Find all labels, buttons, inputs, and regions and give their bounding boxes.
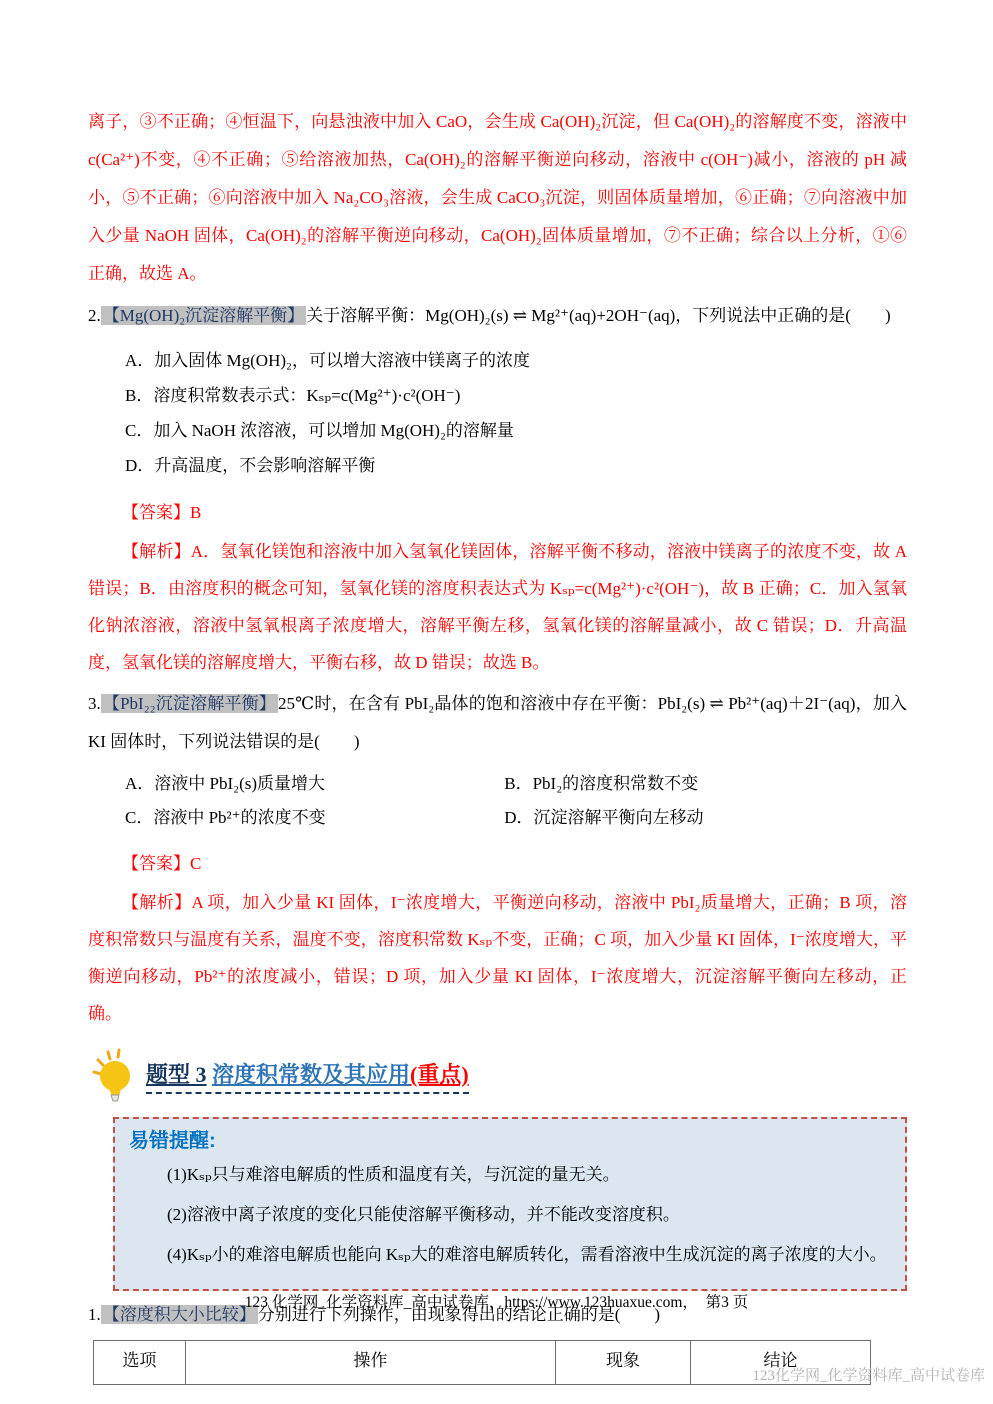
topic-number: 题型 3 [146,1062,207,1087]
q2-option-c: C．加入 NaOH 浓溶液，可以增加 Mg(OH)₂的溶解量 [125,413,907,448]
intro-analysis-paragraph: 离子，③不正确；④恒温下，向悬浊液中加入 CaO，会生成 Ca(OH)₂沉淀，但… [88,103,907,293]
q3-topic-tag: 【PbI₂₂沉淀溶解平衡】 [101,694,278,713]
q3-stem: 3.【PbI₂₂沉淀溶解平衡】25℃时，在含有 PbI₂晶体的饱和溶液中存在平衡… [88,685,907,761]
q3-answer-line: 【答案】C [88,846,907,881]
answer-label: 【答案】 [122,503,190,522]
q2-option-b: B．溶度积常数表示式：Kₛₚ=c(Mg²⁺)·c²(OH⁻) [125,378,907,413]
q3-option-a: A．溶液中 PbI₂(s)质量增大 [125,767,504,801]
topic-emphasis: (重点) [410,1062,469,1087]
q2-topic-tag: 【Mg(OH)₂沉淀溶解平衡】 [101,306,306,325]
q3-analysis-paragraph: 【解析】A 项，加入少量 KI 固体，I⁻浓度增大，平衡逆向移动，溶液中 PbI… [88,884,907,1032]
q3-option-c: C．溶液中 Pb²⁺的浓度不变 [125,801,504,835]
q3-option-b: B．PbI₂的溶度积常数不变 [504,767,907,801]
document-page: 离子，③不正确；④恒温下，向悬浊液中加入 CaO，会生成 Ca(OH)₂沉淀，但… [0,0,993,1404]
topic-title: 溶度积常数及其应用 [212,1062,410,1087]
q2-options: A．加入固体 Mg(OH)₂，可以增大溶液中镁离子的浓度 B．溶度积常数表示式：… [88,343,907,483]
q2-answer-value: B [190,503,201,522]
q2-answer-line: 【答案】B [88,495,907,530]
table-header-operation: 操作 [186,1341,556,1385]
lightbulb-icon [88,1048,146,1104]
q2-analysis-text: A．氢氧化镁饱和溶液中加入氢氧化镁固体，溶解平衡不移动，溶液中镁离子的浓度不变，… [88,542,907,672]
error-reminder-box: 易错提醒: (1)Kₛₚ只与难溶电解质的性质和温度有关，与沉淀的量无关。 (2)… [113,1117,907,1291]
table-header-phenomenon: 现象 [556,1341,691,1385]
q3-answer-value: C [190,854,201,873]
q3-options: A．溶液中 PbI₂(s)质量增大 B．PbI₂的溶度积常数不变 C．溶液中 P… [88,767,907,834]
error-reminder-item-1: (1)Kₛₚ只与难溶电解质的性质和温度有关，与沉淀的量无关。 [129,1155,895,1195]
answer-label: 【答案】 [122,854,190,873]
q2-stem: 2.【Mg(OH)₂沉淀溶解平衡】关于溶解平衡：Mg(OH)₂(s) ⇌ Mg²… [88,297,907,335]
analysis-label: 【解析】 [122,542,191,561]
q3-option-d: D．沉淀溶解平衡向左移动 [504,801,907,835]
q2-stem-text: 关于溶解平衡：Mg(OH)₂(s) ⇌ Mg²⁺(aq)+2OH⁻(aq)，下列… [306,306,890,325]
q2-analysis-paragraph: 【解析】A．氢氧化镁饱和溶液中加入氢氧化镁固体，溶解平衡不移动，溶液中镁离子的浓… [88,533,907,681]
table-header-option: 选项 [94,1341,186,1385]
page-content: 离子，③不正确；④恒温下，向悬浊液中加入 CaO，会生成 Ca(OH)₂沉淀，但… [88,0,907,1385]
topic-header-text: 题型 3 溶度积常数及其应用(重点) [146,1058,469,1094]
topic-header: 题型 3 溶度积常数及其应用(重点) [88,1048,907,1104]
q2-option-d: D．升高温度，不会影响溶解平衡 [125,448,907,483]
q3-analysis-text: A 项，加入少量 KI 固体，I⁻浓度增大，平衡逆向移动，溶液中 PbI₂质量增… [88,893,907,1023]
q3-number: 3. [88,694,101,713]
analysis-label: 【解析】 [122,893,191,912]
page-footer: 123 化学网_化学资料库_高中试卷库，https://www.123huaxu… [0,1290,993,1312]
watermark: 123化学网_化学资料库_高中试卷库 [752,1364,985,1385]
error-reminder-title: 易错提醒: [129,1127,895,1155]
error-reminder-item-2: (2)溶液中离子浓度的变化只能使溶解平衡移动，并不能改变溶度积。 [129,1195,895,1235]
q2-number: 2. [88,306,101,325]
error-reminder-item-3: (4)Kₛₚ小的难溶电解质也能向 Kₛₚ大的难溶电解质转化，需看溶液中生成沉淀的… [129,1235,895,1275]
q2-option-a: A．加入固体 Mg(OH)₂，可以增大溶液中镁离子的浓度 [125,343,907,378]
